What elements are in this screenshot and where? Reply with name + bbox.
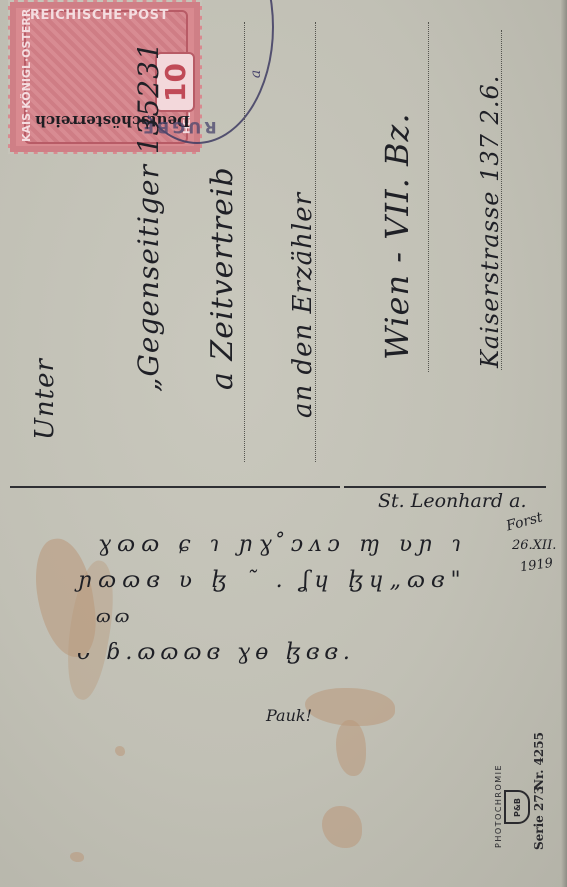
address-line-recipient-1: „Gegenseitiger 135231: [132, 41, 165, 392]
sender-date: 26.XII.: [512, 538, 556, 553]
sender-place-suffix: Forst: [505, 509, 545, 534]
address-line-recipient-2: a Zeitvertreib: [205, 166, 240, 390]
publisher-number: Nr. 4255: [532, 732, 546, 790]
address-line-recipient-3: an den Erzähler: [288, 192, 318, 418]
address-dotline: [428, 22, 429, 372]
stain: [115, 746, 125, 756]
card-divider-right: [344, 486, 546, 488]
message-signature: Pauk!: [266, 706, 312, 725]
address-salutation: Unter: [30, 358, 60, 440]
message-line: ɲɷɷɞ ʋ ɮ ˜ . ʆɥ ɮɥ„ɷɞ": [78, 568, 467, 593]
card-edge: [561, 0, 567, 887]
address-city: Wien - VII. Bz.: [378, 112, 416, 360]
sender-place: St. Leonhard a.: [378, 490, 526, 512]
message-line: ᴗ ɓ.ɷɷɷɞ ɣɵ ɮɞɞ.: [76, 640, 355, 665]
address-street: Kaiserstrasse 137 2.6.: [476, 75, 504, 368]
stain: [70, 852, 84, 862]
stain: [336, 720, 366, 776]
card-divider-left: [10, 486, 340, 488]
publisher-series: Serie 273: [532, 786, 546, 850]
address-dotline: [244, 22, 245, 462]
postmark-mark: a: [248, 70, 264, 78]
stain: [322, 806, 362, 848]
message-line: ɷɷ: [96, 606, 134, 627]
stamp-side-text: KAIS·KÖNIGL·OSTERR: [20, 9, 33, 142]
publisher-logo-icon: P&B monogramP&B: [504, 790, 530, 824]
postcard-back: REICHISCHE·POST KAIS·KÖNIGL·OSTERR HELLE…: [0, 0, 567, 887]
publisher-brand: PHOTOCHROMIE: [494, 764, 503, 848]
sender-year: 1919: [519, 556, 554, 575]
message-line: ɣɷɷ ɕ ɿ ɲɣ ̊ᴐᴧᴐ ɱ ʋɲ ɿ: [98, 532, 467, 557]
